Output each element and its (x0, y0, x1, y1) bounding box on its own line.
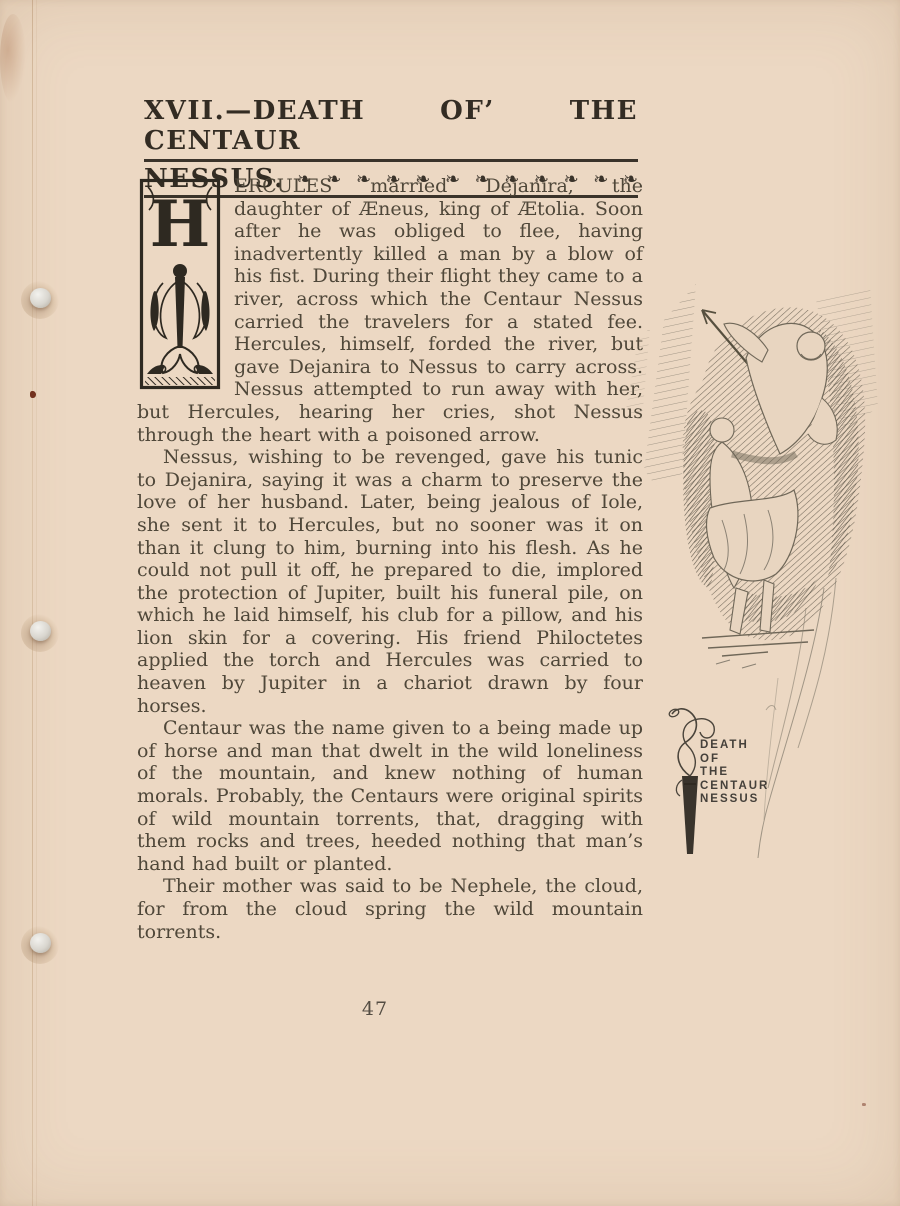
drop-cap-ornament-icon: H (139, 178, 221, 390)
illustration-caption: DEATH OF THE CENTAUR NESSUS (700, 739, 769, 807)
ink-speck (862, 1103, 866, 1106)
paragraph: Centaur was the name given to a being ma… (137, 717, 643, 875)
binding-hole (21, 614, 59, 652)
paragraph-text: Their mother was said to be Nephele, the… (137, 875, 643, 942)
article-body: H ERCULES married Dejanira, the daughter… (137, 175, 643, 943)
caption-line: OF (700, 753, 769, 767)
paragraph: H ERCULES married Dejanira, the daughter… (137, 175, 643, 446)
binding-crease-light (36, 0, 37, 1206)
caption-line: NESSUS (700, 793, 769, 807)
paragraph: Their mother was said to be Nephele, the… (137, 875, 643, 943)
corner-stain (0, 14, 26, 104)
binding-hole (21, 281, 59, 319)
caption-line: THE (700, 766, 769, 780)
caption-line: DEATH (700, 739, 769, 753)
page-number: 47 (345, 998, 405, 1020)
caption-line: CENTAUR (700, 780, 769, 794)
svg-text:H: H (150, 187, 210, 262)
binding-hole (21, 926, 59, 964)
paragraph: Nessus, wishing to be revenged, gave his… (137, 446, 643, 717)
ink-speck (30, 391, 36, 398)
paragraph-text: Centaur was the name given to a being ma… (137, 717, 643, 875)
book-page: XVII.—DEATH OF’ THE CENTAUR NESSUS. ❧ ❧ … (0, 0, 900, 1206)
paragraph-text: Nessus, wishing to be revenged, gave his… (137, 446, 643, 717)
binding-crease (32, 0, 33, 1206)
chapter-title-line1: XVII.—DEATH OF’ THE CENTAUR (144, 96, 638, 162)
